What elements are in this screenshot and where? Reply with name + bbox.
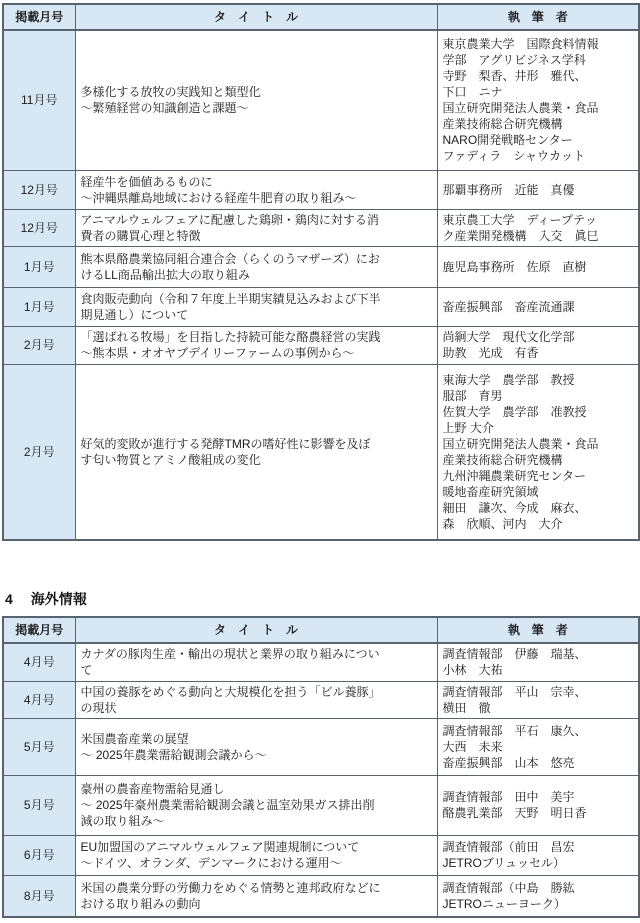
title-cell: 米国の農業分野の労働力をめぐる情勢と連邦政府などに おける取り組みの動向	[75, 875, 437, 917]
author-cell: 東京農工大学 ディープテッ ク産業開発機構 入交 眞巳	[437, 209, 639, 246]
title-cell: EU加盟国のアニマルウェルフェア関連規制について ～ドイツ、オランダ、デンマーク…	[75, 835, 437, 875]
col-header-month: 掲載月号	[3, 4, 75, 30]
author-cell: 鹿児島事務所 佐原 直樹	[437, 246, 639, 287]
title-cell: 好気的変敗が進行する発酵TMRの嗜好性に影響を及ぼ す匂い物質とアミノ酸組成の変…	[75, 364, 437, 540]
month-cell: 1月号	[3, 246, 75, 287]
author-cell: 那覇事務所 近能 真優	[437, 170, 639, 209]
col-header-title: タ イ ト ル	[75, 4, 437, 30]
title-cell: 「選ばれる牧場」を目指した持続可能な酪農経営の実践 ～熊本県・オオヤブデイリーフ…	[75, 326, 437, 364]
table-row: 12月号 アニマルウェルフェアに配慮した鶏卵・鶏肉に対する消 費者の購買心理と特…	[3, 209, 639, 246]
month-cell: 2月号	[3, 326, 75, 364]
month-cell: 12月号	[3, 170, 75, 209]
table-row: 5月号 豪州の農畜産物需給見通し ～ 2025年豪州農業需給観測会議と温室効果ガ…	[3, 775, 639, 835]
section-number: 4	[5, 591, 13, 607]
title-cell: カナダの豚肉生産・輸出の現状と業界の取り組みについ て	[75, 643, 437, 681]
title-cell: 食肉販売動向（令和７年度上半期実績見込みおよび下半 期見通し）について	[75, 287, 437, 326]
table-row: 6月号 EU加盟国のアニマルウェルフェア関連規制について ～ドイツ、オランダ、デ…	[3, 835, 639, 875]
author-cell: 東京農業大学 国際食料情報 学部 アグリビジネス学科 寺野 梨香、井形 雅代、 …	[437, 30, 639, 170]
table-row: 12月号 経産牛を価値あるものに ～沖縄県離島地域における経産牛肥育の取り組み～…	[3, 170, 639, 209]
month-cell: 8月号	[3, 875, 75, 917]
month-cell: 11月号	[3, 30, 75, 170]
month-cell: 2月号	[3, 364, 75, 540]
author-cell: 調査情報部 伊藤 瑞基、 小林 大祐	[437, 643, 639, 681]
section-title: 海外情報	[31, 591, 87, 607]
table-row: 1月号 熊本県酪農業協同組合連合会（らくのうマザーズ）にお けるLL商品輸出拡大…	[3, 246, 639, 287]
month-cell: 4月号	[3, 643, 75, 681]
table-row: 8月号 米国の農業分野の労働力をめぐる情勢と連邦政府などに おける取り組みの動向…	[3, 875, 639, 917]
table-row: 4月号 中国の養豚をめぐる動向と大規模化を担う「ビル養豚」 の現状 調査情報部 …	[3, 681, 639, 718]
month-cell: 1月号	[3, 287, 75, 326]
domestic-articles-table: 掲載月号 タ イ ト ル 執 筆 者 11月号 多様化する放牧の実践知と類型化 …	[2, 3, 640, 541]
month-cell: 12月号	[3, 209, 75, 246]
month-cell: 5月号	[3, 718, 75, 775]
table-header-row: 掲載月号 タ イ ト ル 執 筆 者	[3, 617, 639, 643]
author-cell: 調査情報部（前田 昌宏 JETROブリュッセル）	[437, 835, 639, 875]
title-cell: 米国農畜産業の展望 ～ 2025年農業需給観測会議から～	[75, 718, 437, 775]
table-row: 2月号 「選ばれる牧場」を目指した持続可能な酪農経営の実践 ～熊本県・オオヤブデ…	[3, 326, 639, 364]
title-cell: 豪州の農畜産物需給見通し ～ 2025年豪州農業需給観測会議と温室効果ガス排出削…	[75, 775, 437, 835]
table-row: 2月号 好気的変敗が進行する発酵TMRの嗜好性に影響を及ぼ す匂い物質とアミノ酸…	[3, 364, 639, 540]
month-cell: 4月号	[3, 681, 75, 718]
col-header-month: 掲載月号	[3, 617, 75, 643]
title-cell: 多様化する放牧の実践知と類型化 ～繁殖経営の知識創造と課題～	[75, 30, 437, 170]
author-cell: 調査情報部 平石 康久、 大西 未来 畜産振興部 山本 悠亮	[437, 718, 639, 775]
section-heading: 4海外情報	[5, 589, 638, 609]
author-cell: 調査情報部 田中 美宇 酪農乳業部 天野 明日香	[437, 775, 639, 835]
col-header-author: 執 筆 者	[437, 617, 639, 643]
author-cell: 調査情報部（中島 勝紘 JETROニューヨーク）	[437, 875, 639, 917]
overseas-articles-table: 掲載月号 タ イ ト ル 執 筆 者 4月号 カナダの豚肉生産・輸出の現状と業界…	[2, 616, 640, 918]
author-cell: 東海大学 農学部 教授 服部 育男 佐賀大学 農学部 准教授 上野 大介 国立研…	[437, 364, 639, 540]
author-cell: 調査情報部 平山 宗幸、 横田 徹	[437, 681, 639, 718]
table-row: 1月号 食肉販売動向（令和７年度上半期実績見込みおよび下半 期見通し）について …	[3, 287, 639, 326]
col-header-author: 執 筆 者	[437, 4, 639, 30]
title-cell: アニマルウェルフェアに配慮した鶏卵・鶏肉に対する消 費者の購買心理と特徴	[75, 209, 437, 246]
author-cell: 尚絅大学 現代文化学部 助教 光成 有香	[437, 326, 639, 364]
month-cell: 5月号	[3, 775, 75, 835]
title-cell: 熊本県酪農業協同組合連合会（らくのうマザーズ）にお けるLL商品輸出拡大の取り組…	[75, 246, 437, 287]
table-row: 4月号 カナダの豚肉生産・輸出の現状と業界の取り組みについ て 調査情報部 伊藤…	[3, 643, 639, 681]
document-page: 掲載月号 タ イ ト ル 執 筆 者 11月号 多様化する放牧の実践知と類型化 …	[0, 0, 640, 918]
title-cell: 経産牛を価値あるものに ～沖縄県離島地域における経産牛肥育の取り組み～	[75, 170, 437, 209]
author-cell: 畜産振興部 畜産流通課	[437, 287, 639, 326]
month-cell: 6月号	[3, 835, 75, 875]
table-row: 11月号 多様化する放牧の実践知と類型化 ～繁殖経営の知識創造と課題～ 東京農業…	[3, 30, 639, 170]
title-cell: 中国の養豚をめぐる動向と大規模化を担う「ビル養豚」 の現状	[75, 681, 437, 718]
col-header-title: タ イ ト ル	[75, 617, 437, 643]
table-header-row: 掲載月号 タ イ ト ル 執 筆 者	[3, 4, 639, 30]
table-row: 5月号 米国農畜産業の展望 ～ 2025年農業需給観測会議から～ 調査情報部 平…	[3, 718, 639, 775]
